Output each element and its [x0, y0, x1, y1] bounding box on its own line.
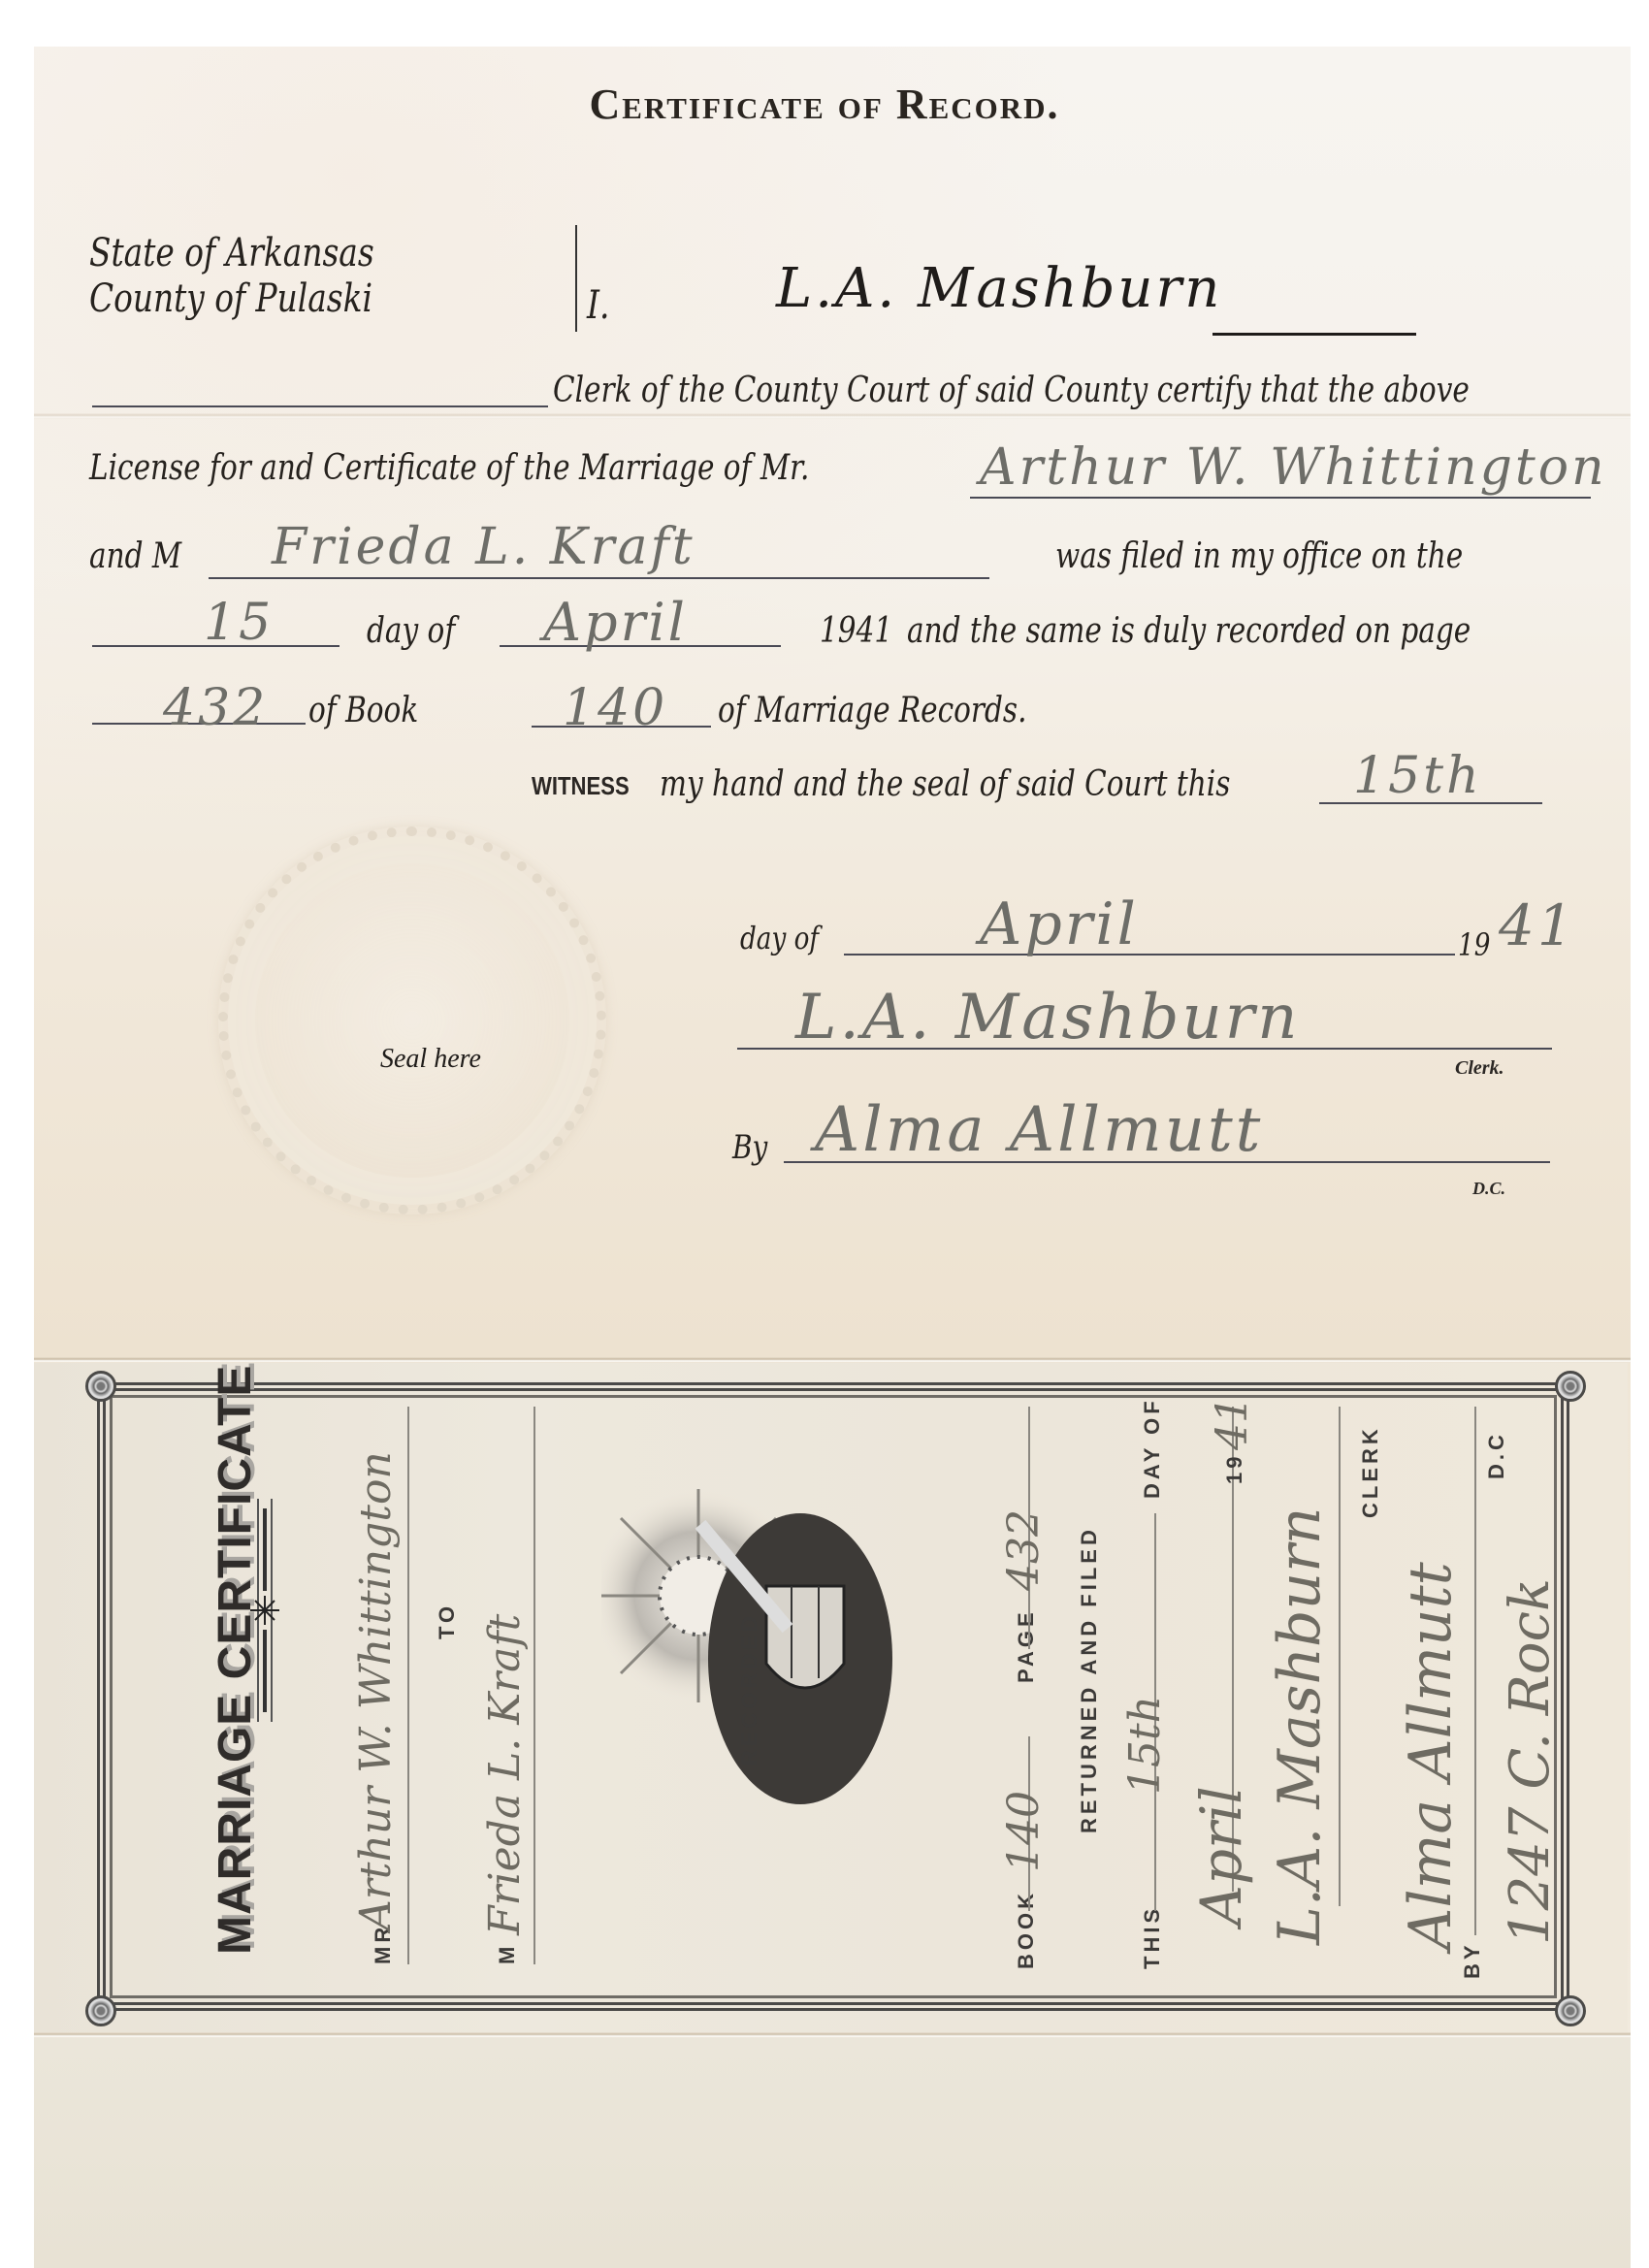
document-title: Certificate of Record. — [0, 80, 1649, 129]
m-label: M — [495, 1943, 520, 1964]
groom-handwritten: Arthur W. Whittington — [980, 438, 1607, 497]
deputy-signature-handwritten: Alma Allmutt — [815, 1094, 1263, 1166]
day-of-label: day of — [740, 920, 819, 956]
groom-name-handwritten: Arthur W. Whittington — [351, 1451, 401, 1930]
border-corner-ornament — [1555, 1371, 1586, 1402]
decorative-ornament — [250, 1499, 279, 1722]
filed-year: 1941 — [820, 611, 892, 651]
clerk-certify-text: Clerk of the County Court of said County… — [553, 371, 1470, 410]
clerk-signature-handwritten: L.A. Mashburn — [795, 982, 1301, 1053]
venue-state: State of Arkansas — [89, 231, 374, 275]
address-annotation-handwritten: 1247 C. Rock — [1499, 1578, 1562, 1945]
filed-month-handwritten: April — [543, 592, 688, 653]
day-handwritten: 15th — [1120, 1696, 1170, 1795]
dc-label: D.C. — [1472, 1179, 1505, 1199]
month-handwritten: April — [1188, 1786, 1254, 1926]
groom-line — [970, 497, 1591, 499]
recorded-label: RECORDED — [737, 1612, 762, 1766]
witness-day-handwritten: 15th — [1353, 747, 1482, 805]
clerk-signature-line — [1339, 1407, 1341, 1906]
witness-label: WITNESS — [532, 771, 630, 801]
venue-county: County of Pulaski — [89, 276, 372, 321]
venue-brace — [575, 225, 577, 332]
witness-month-line — [844, 954, 1455, 956]
deputy-signature-line — [1474, 1407, 1476, 1935]
embossed-seal — [218, 826, 606, 1215]
border-corner-ornament — [85, 1371, 116, 1402]
marriage-records-text: of Marriage Records. — [718, 691, 1026, 730]
page-number-handwritten: 432 — [999, 1509, 1049, 1591]
page-number-handwritten: 432 — [163, 679, 268, 737]
filed-day-handwritten: 15 — [204, 594, 274, 652]
witness-year-handwritten: 41 — [1499, 892, 1576, 958]
day-of-text: day of — [367, 611, 455, 651]
bride-line — [209, 577, 989, 579]
year-prefix: 19 — [1222, 1453, 1247, 1484]
paper-crease — [34, 413, 1631, 419]
by-label: By — [732, 1128, 767, 1167]
dc-label: D.C — [1484, 1431, 1509, 1479]
bride-name-line — [533, 1407, 535, 1964]
witness-text: my hand and the seal of said Court this — [660, 764, 1230, 804]
groom-name-line — [407, 1407, 409, 1964]
clerk-label: CLERK — [1358, 1425, 1383, 1518]
clerk-signature-handwritten: L.A. Mashburn — [1266, 1507, 1334, 1945]
clerk-name-handwritten: L.A. Mashburn — [776, 257, 1222, 320]
day-of-label: DAY OF — [1140, 1397, 1165, 1499]
book-label: BOOK — [1014, 1890, 1039, 1969]
year-handwritten: 41 — [1208, 1396, 1257, 1450]
border-corner-ornament — [1555, 1995, 1586, 2026]
returned-filed-label: RETURNED AND FILED — [1077, 1526, 1102, 1833]
clerk-label: Clerk. — [1455, 1057, 1504, 1080]
deputy-signature-handwritten: Alma Allmutt — [1397, 1562, 1465, 1950]
this-label: THIS — [1140, 1905, 1165, 1969]
pronoun-i: I. — [587, 283, 609, 328]
seal-label: Seal here — [380, 1044, 481, 1075]
border-corner-ornament — [85, 1995, 116, 2026]
license-text: License for and Certificate of the Marri… — [89, 448, 809, 488]
year-prefix: 19 — [1458, 926, 1490, 963]
of-book-text: of Book — [308, 691, 418, 730]
blank-flap — [34, 2038, 1631, 2268]
filed-text: was filed in my office on the — [1055, 536, 1463, 576]
book-number-handwritten: 140 — [999, 1791, 1049, 1872]
blank-line — [92, 405, 548, 407]
bride-handwritten: Frieda L. Kraft — [272, 518, 695, 576]
bride-prefix: and M — [89, 536, 181, 576]
book-number-handwritten: 140 — [563, 679, 667, 737]
signature-flourish — [1212, 333, 1416, 336]
to-label: TO — [435, 1603, 460, 1639]
recorded-text: and the same is duly recorded on page — [907, 611, 1471, 651]
page-label: PAGE — [1014, 1608, 1039, 1683]
witness-month-handwritten: April — [980, 891, 1139, 958]
bride-name-handwritten: Frieda L. Kraft — [480, 1614, 530, 1935]
